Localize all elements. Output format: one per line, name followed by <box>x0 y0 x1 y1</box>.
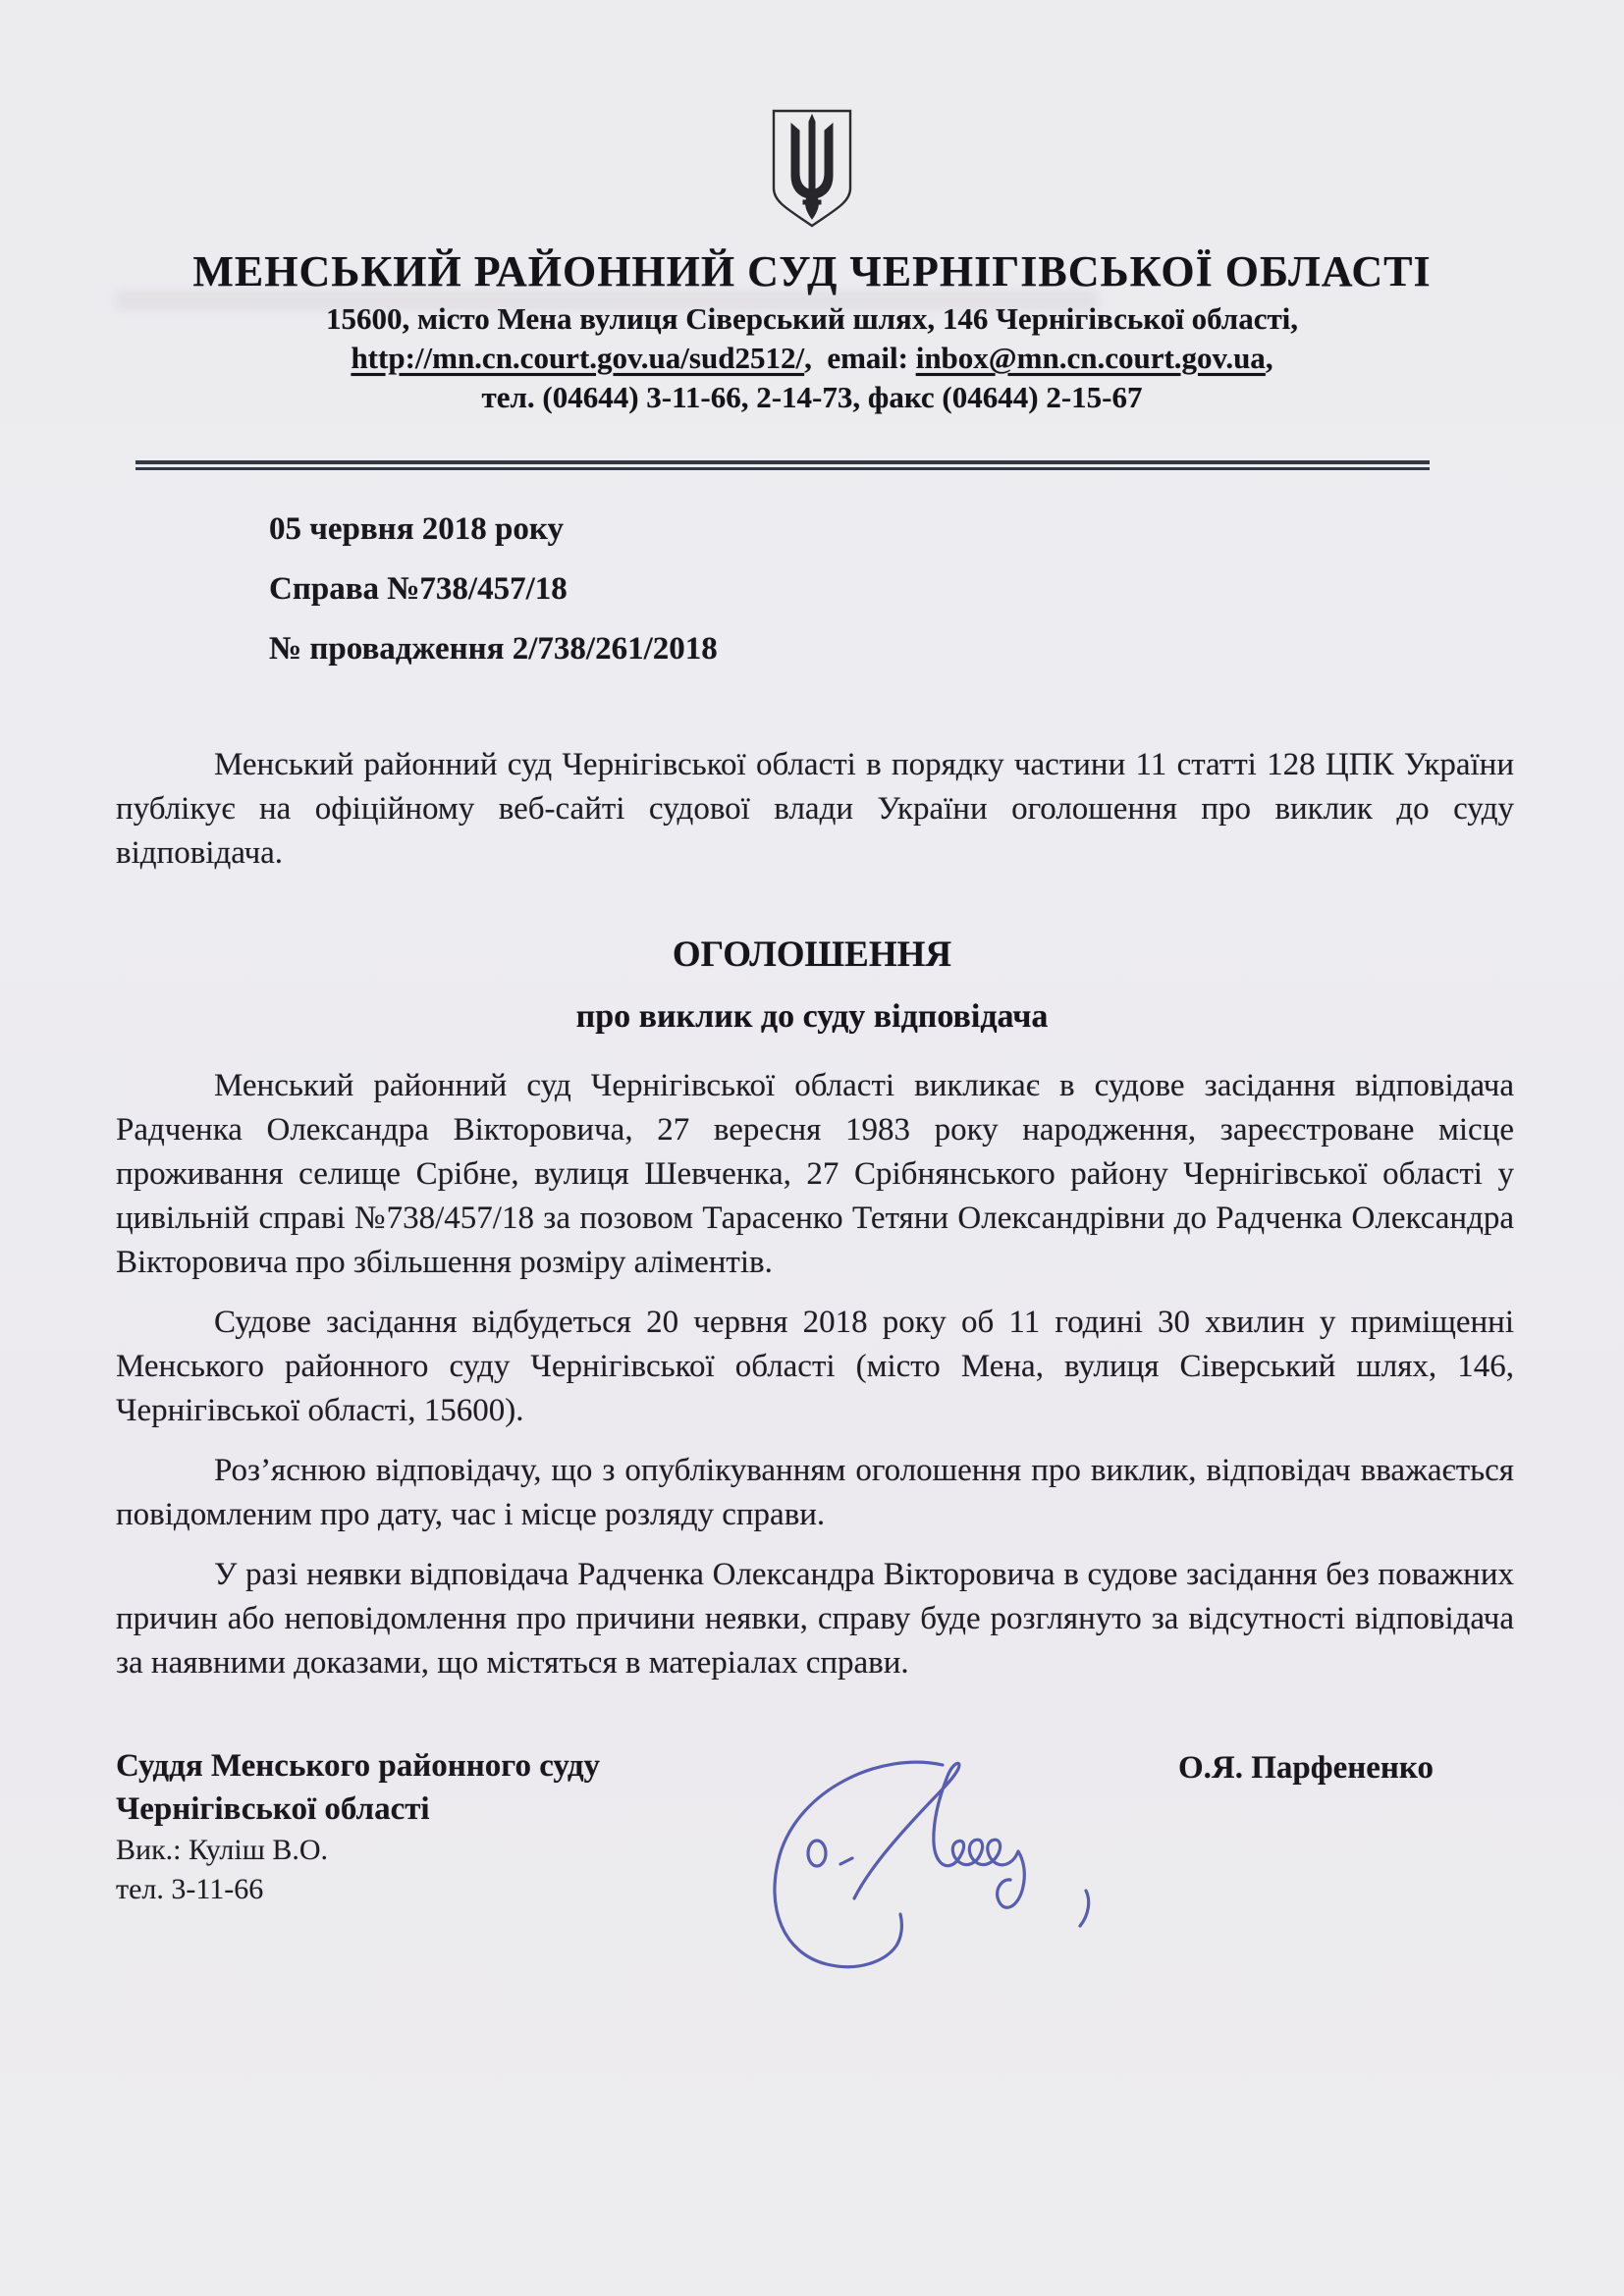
contact-trailing-comma: , <box>1266 341 1273 375</box>
header-divider <box>135 460 1430 470</box>
proceeding-number: № провадження 2/738/261/2018 <box>269 629 1624 668</box>
case-number: Справа №738/457/18 <box>269 569 1624 609</box>
announcement-heading: ОГОЛОШЕННЯ <box>0 934 1624 976</box>
signature-block: Суддя Менського районного суду Чернігівс… <box>116 1744 1434 1909</box>
announcement-paragraph-absence: У разі неявки відповідача Радченка Олекс… <box>116 1553 1514 1685</box>
judge-name: О.Я. Парфененко <box>1178 1746 1434 1789</box>
executor-phone: тел. 3-11-66 <box>116 1870 600 1909</box>
announcement-paragraph-notice: Роз’яснюю відповідачу, що з опублікуванн… <box>116 1449 1514 1537</box>
announcement-paragraph-hearing: Судове засідання відбудеться 20 червня 2… <box>116 1301 1514 1433</box>
contact-separator: , email: <box>804 341 916 375</box>
court-email: inbox@mn.cn.court.gov.ua <box>916 341 1266 375</box>
court-contacts: http://mn.cn.court.gov.ua/sud2512/, emai… <box>0 339 1624 378</box>
intro-paragraph: Менський районний суд Чернігівської обла… <box>116 743 1514 876</box>
court-address: 15600, місто Мена вулиця Сіверський шлях… <box>0 299 1624 339</box>
judge-title-line-1: Суддя Менського районного суду <box>116 1744 600 1788</box>
court-phone-fax: тел. (04644) 3-11-66, 2-14-73, факс (046… <box>0 378 1624 417</box>
case-info-block: 05 червня 2018 року Справа №738/457/18 №… <box>269 509 1624 668</box>
document-header: МЕНСЬКИЙ РАЙОННИЙ СУД ЧЕРНІГІВСЬКОЇ ОБЛА… <box>0 0 1624 417</box>
judge-title-line-2: Чернігівської області <box>116 1788 600 1831</box>
announcement-paragraph-summons: Менський районний суд Чернігівської обла… <box>116 1064 1514 1285</box>
court-website-url: http://mn.cn.court.gov.ua/sud2512/ <box>351 341 804 375</box>
court-name: МЕНСЬКИЙ РАЙОННИЙ СУД ЧЕРНІГІВСЬКОЇ ОБЛА… <box>0 248 1624 295</box>
judge-title-block: Суддя Менського районного суду Чернігівс… <box>116 1744 600 1909</box>
scanned-court-document: МЕНСЬКИЙ РАЙОННИЙ СУД ЧЕРНІГІВСЬКОЇ ОБЛА… <box>0 0 1624 2296</box>
ukraine-trident-emblem <box>769 108 855 232</box>
executor-name: Вик.: Куліш В.О. <box>116 1831 600 1870</box>
announcement-subheading: про виклик до суду відповідача <box>0 997 1624 1037</box>
document-date: 05 червня 2018 року <box>269 509 1624 549</box>
